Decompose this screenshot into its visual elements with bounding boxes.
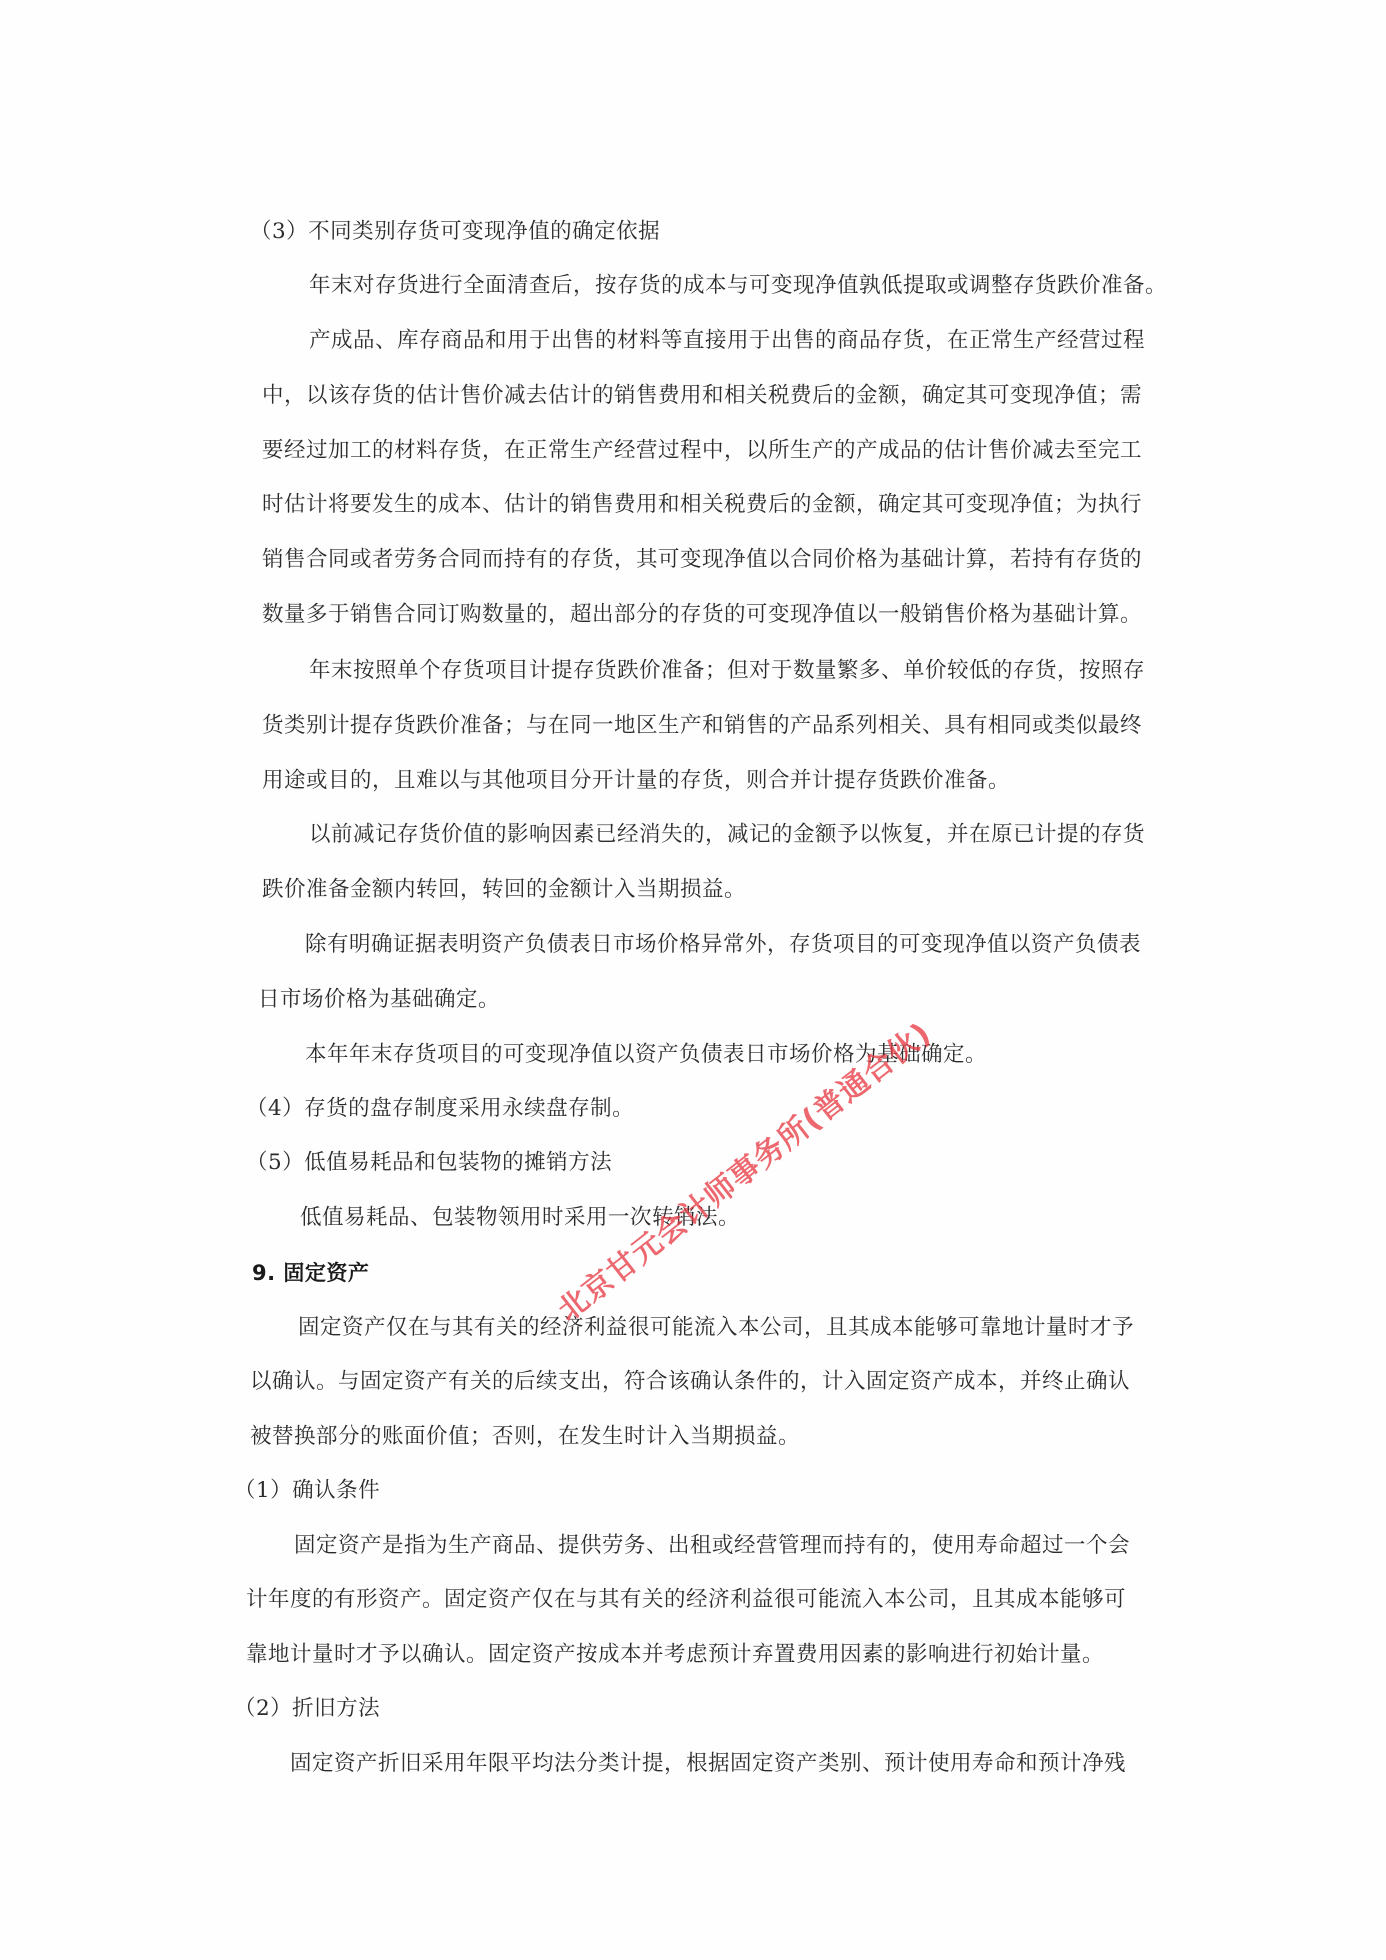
paragraph-line: 以前减记存货价值的影响因素已经消失的，减记的金额予以恢复，并在原已计提的存货: [309, 820, 1145, 850]
paragraph-line: 销售合同或者劳务合同而持有的存货，其可变现净值以合同价格为基础计算，若持有存货的: [262, 545, 1142, 575]
paragraph-line: 计年度的有形资产。固定资产仅在与其有关的经济利益很可能流入本公司，且其成本能够可: [246, 1585, 1126, 1615]
paragraph-line: 要经过加工的材料存货，在正常生产经营过程中，以所生产的产成品的估计售价减去至完工: [262, 436, 1142, 466]
section-heading-fixed-assets: 9. 固定资产: [252, 1258, 369, 1288]
paragraph-line: 靠地计量时才予以确认。固定资产按成本并考虑预计弃置费用因素的影响进行初始计量。: [246, 1640, 1104, 1670]
paragraph-line: 年末按照单个存货项目计提存货跌价准备；但对于数量繁多、单价较低的存货，按照存: [309, 656, 1145, 686]
paragraph-line: 产成品、库存商品和用于出售的材料等直接用于出售的商品存货，在正常生产经营过程: [309, 326, 1145, 356]
paragraph-line: 年末对存货进行全面清查后，按存货的成本与可变现净值孰低提取或调整存货跌价准备。: [309, 271, 1167, 301]
paragraph-line: 固定资产仅在与其有关的经济利益很可能流入本公司，且其成本能够可靠地计量时才予: [298, 1313, 1134, 1343]
paragraph-line: 跌价准备金额内转回，转回的金额计入当期损益。: [262, 875, 746, 905]
paragraph-line: 除有明确证据表明资产负债表日市场价格异常外，存货项目的可变现净值以资产负债表: [305, 930, 1141, 960]
document-page: （3）不同类别存货可变现净值的确定依据 年末对存货进行全面清查后，按存货的成本与…: [0, 0, 1386, 1960]
paragraph-line: 固定资产是指为生产商品、提供劳务、出租或经营管理而持有的，使用寿命超过一个会: [294, 1531, 1130, 1561]
paragraph-line: 用途或目的，且难以与其他项目分开计量的存货，则合并计提存货跌价准备。: [262, 766, 1010, 796]
paragraph-line: 时估计将要发生的成本、估计的销售费用和相关税费后的金额，确定其可变现净值；为执行: [262, 490, 1142, 520]
paragraph-line: 日市场价格为基础确定。: [258, 985, 500, 1015]
subheading-inventory-nrv-basis: （3）不同类别存货可变现净值的确定依据: [250, 217, 660, 247]
subheading-low-value-consumables: （5）低值易耗品和包装物的摊销方法: [246, 1148, 612, 1178]
paragraph-line: 固定资产折旧采用年限平均法分类计提，根据固定资产类别、预计使用寿命和预计净残: [290, 1749, 1126, 1779]
subheading-depreciation-method: （2）折旧方法: [234, 1694, 380, 1724]
subheading-recognition-criteria: （1）确认条件: [234, 1476, 380, 1506]
paragraph-line: 数量多于销售合同订购数量的，超出部分的存货的可变现净值以一般销售价格为基础计算。: [262, 600, 1142, 630]
paragraph-line: 被替换部分的账面价值；否则，在发生时计入当期损益。: [250, 1422, 800, 1452]
paragraph-line: 货类别计提存货跌价准备；与在同一地区生产和销售的产品系列相关、具有相同或类似最终: [262, 711, 1142, 741]
paragraph-line: 中，以该存货的估计售价减去估计的销售费用和相关税费后的金额，确定其可变现净值；需: [262, 381, 1142, 411]
subheading-inventory-count-system: （4）存货的盘存制度采用永续盘存制。: [246, 1094, 634, 1124]
paragraph-line: 以确认。与固定资产有关的后续支出，符合该确认条件的，计入固定资产成本，并终止确认: [250, 1367, 1130, 1397]
